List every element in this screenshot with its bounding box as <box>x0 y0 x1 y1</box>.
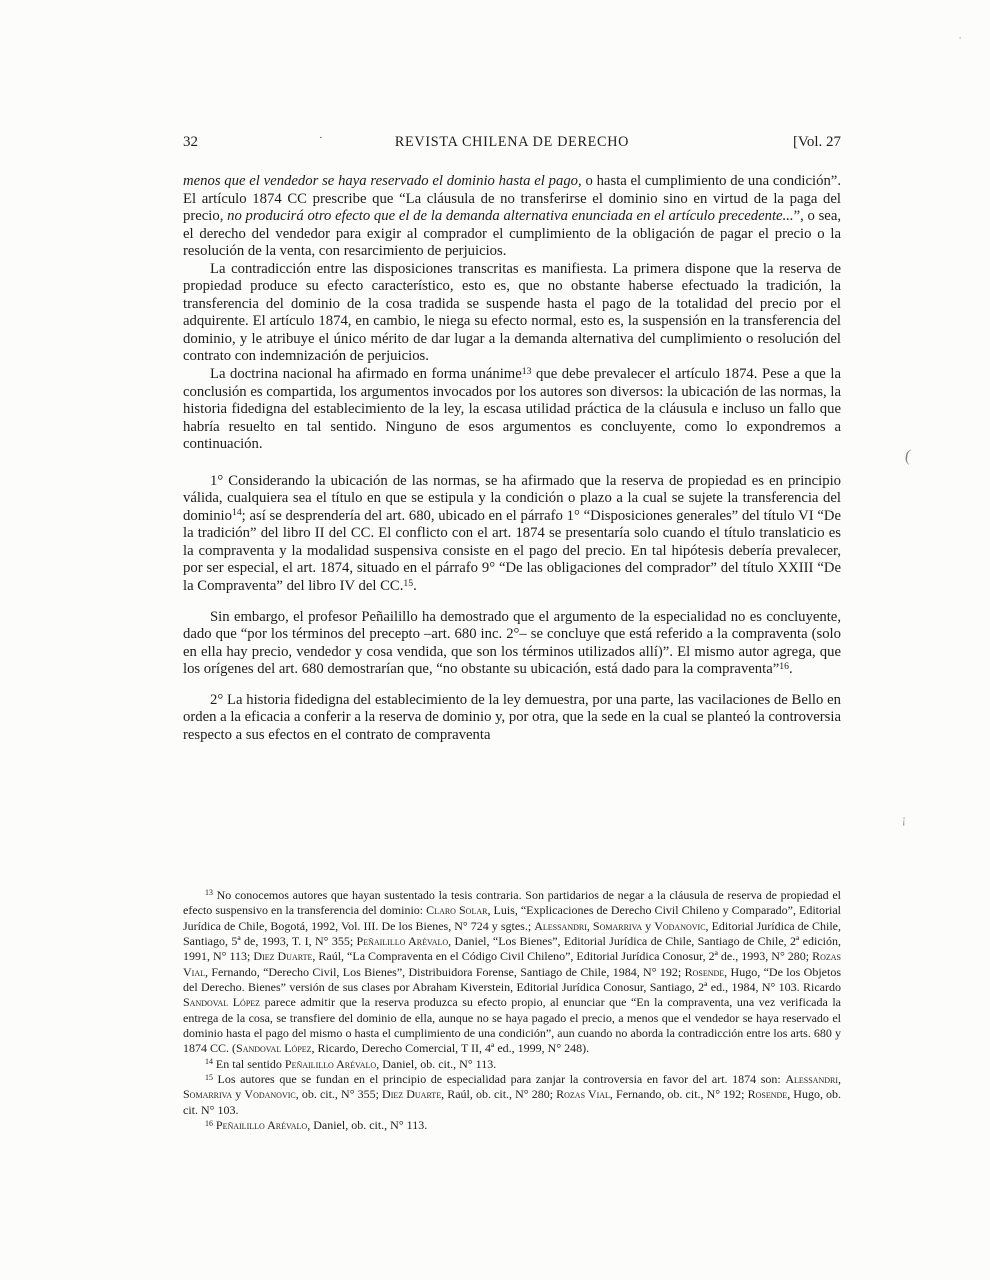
paragraph-2: La contradicción entre las disposiciones… <box>183 261 841 366</box>
footnote-13: 13 No conocemos autores que hayan susten… <box>183 888 841 1057</box>
paragraph-6-segundo: 2° La historia fidedigna del establecimi… <box>183 692 841 745</box>
paragraph-5: Sin embargo, el profesor Peñailillo ha d… <box>183 609 841 679</box>
page-header: 32 · REVISTA CHILENA DE DERECHO [Vol. 27 <box>183 133 841 153</box>
scan-artifact-low-right: ¡ <box>901 812 906 827</box>
paragraph-4-primero: 1° Considerando la ubicación de las norm… <box>183 473 841 596</box>
scan-artifact-top-right: ' <box>958 35 961 45</box>
volume-label: [Vol. 27 <box>793 133 841 151</box>
scan-artifact-mid-right: ( <box>904 446 912 467</box>
article-body: menos que el vendedor se haya reservado … <box>183 173 841 744</box>
footnotes-section: 13 No conocemos autores que hayan susten… <box>183 888 841 1134</box>
footnote-14: 14 En tal sentido Peñailillo Arévalo, Da… <box>183 1057 841 1072</box>
paragraph-1: menos que el vendedor se haya reservado … <box>183 173 841 261</box>
journal-title: REVISTA CHILENA DE DERECHO <box>183 133 841 151</box>
footnote-16: 16 Peñailillo Arévalo, Daniel, ob. cit.,… <box>183 1118 841 1133</box>
paragraph-3: La doctrina nacional ha afirmado en form… <box>183 366 841 454</box>
scanned-journal-page: 32 · REVISTA CHILENA DE DERECHO [Vol. 27… <box>0 0 990 1280</box>
footnote-15: 15 Los autores que se fundan en el princ… <box>183 1072 841 1118</box>
